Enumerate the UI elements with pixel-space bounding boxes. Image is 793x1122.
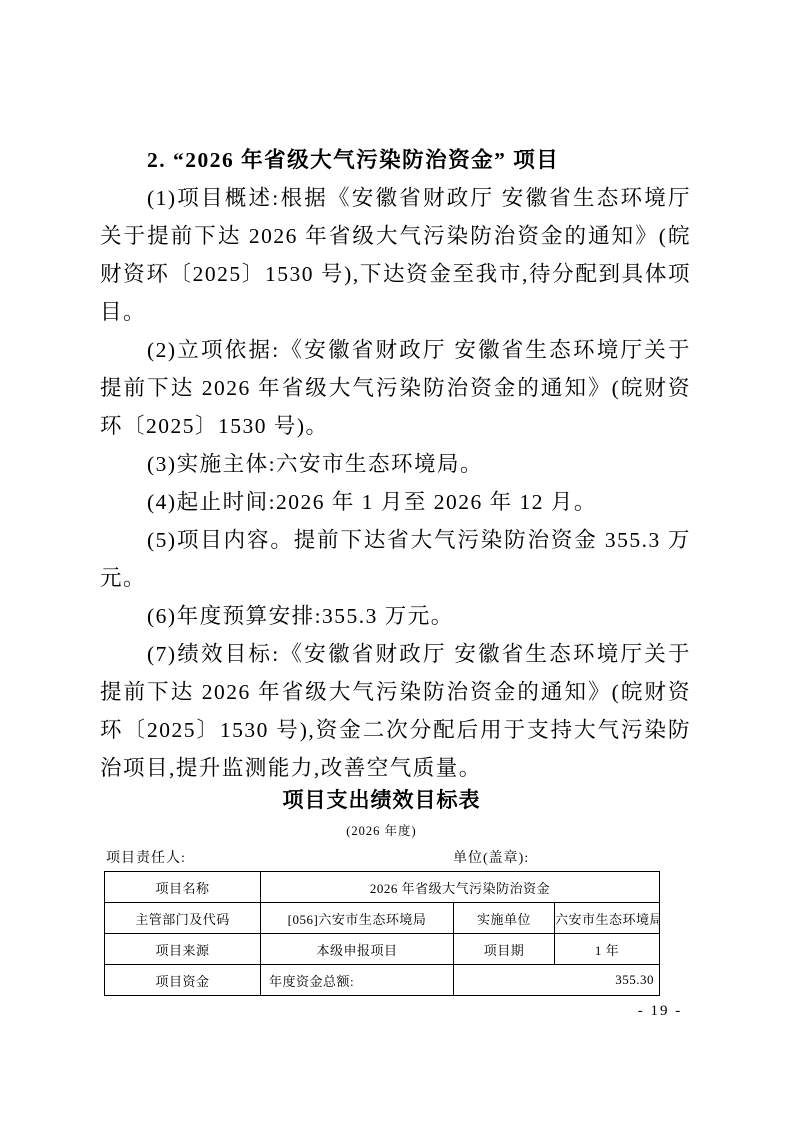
document-page: 2. “2026 年省级大气污染防治资金” 项目 (1)项目概述:根据《安徽省财… (0, 0, 793, 1122)
paragraph-project-basis: (2)立项依据:《安徽省财政厅 安徽省生态环境厅关于提前下达 2026 年省级大… (100, 331, 691, 445)
section-heading: 2. “2026 年省级大气污染防治资金” 项目 (100, 141, 691, 179)
cell-source-value: 本级申报项目 (261, 934, 454, 965)
document-body: 2. “2026 年省级大气污染防治资金” 项目 (1)项目概述:根据《安徽省财… (100, 141, 691, 787)
unit-seal-label: 单位(盖章): (453, 847, 529, 867)
cell-implement-unit-label: 实施单位 (454, 903, 555, 934)
cell-implement-unit-value: 六安市生态环境局 (555, 903, 660, 934)
paragraph-time-range: (4)起止时间:2026 年 1 月至 2026 年 12 月。 (100, 483, 691, 521)
cell-period-value: 1 年 (555, 934, 660, 965)
cell-source-label: 项目来源 (105, 934, 261, 965)
cell-annual-total-label: 年度资金总额: (261, 965, 454, 996)
table-row-project-name: 项目名称 2026 年省级大气污染防治资金 (105, 872, 660, 903)
table-row-funds: 项目资金 年度资金总额: 355.30 (105, 965, 660, 996)
performance-table-title: 项目支出绩效目标表 (104, 784, 659, 814)
paragraph-implementing-body: (3)实施主体:六安市生态环境局。 (100, 445, 691, 483)
page-number: - 19 - (615, 1003, 705, 1020)
paragraph-performance-goal: (7)绩效目标:《安徽省财政厅 安徽省生态环境厅关于提前下达 2026 年省级大… (100, 635, 691, 787)
cell-department-label: 主管部门及代码 (105, 903, 261, 934)
cell-funds-label: 项目资金 (105, 965, 261, 996)
cell-period-label: 项目期 (454, 934, 555, 965)
responsible-person-label: 项目责任人: (106, 847, 186, 867)
table-row-source: 项目来源 本级申报项目 项目期 1 年 (105, 934, 660, 965)
performance-table-year: (2026 年度) (104, 821, 659, 839)
performance-target-table: 项目名称 2026 年省级大气污染防治资金 主管部门及代码 [056]六安市生态… (104, 871, 660, 996)
cell-annual-total-amount: 355.30 (454, 965, 660, 996)
paragraph-annual-budget: (6)年度预算安排:355.3 万元。 (100, 597, 691, 635)
cell-project-name-value: 2026 年省级大气污染防治资金 (261, 872, 660, 903)
cell-project-name-label: 项目名称 (105, 872, 261, 903)
paragraph-project-overview: (1)项目概述:根据《安徽省财政厅 安徽省生态环境厅关于提前下达 2026 年省… (100, 179, 691, 331)
table-row-department: 主管部门及代码 [056]六安市生态环境局 实施单位 六安市生态环境局 (105, 903, 660, 934)
cell-department-value: [056]六安市生态环境局 (261, 903, 454, 934)
signature-line: 项目责任人: 单位(盖章): (0, 847, 793, 865)
paragraph-project-content: (5)项目内容。提前下达省大气污染防治资金 355.3 万元。 (100, 521, 691, 597)
